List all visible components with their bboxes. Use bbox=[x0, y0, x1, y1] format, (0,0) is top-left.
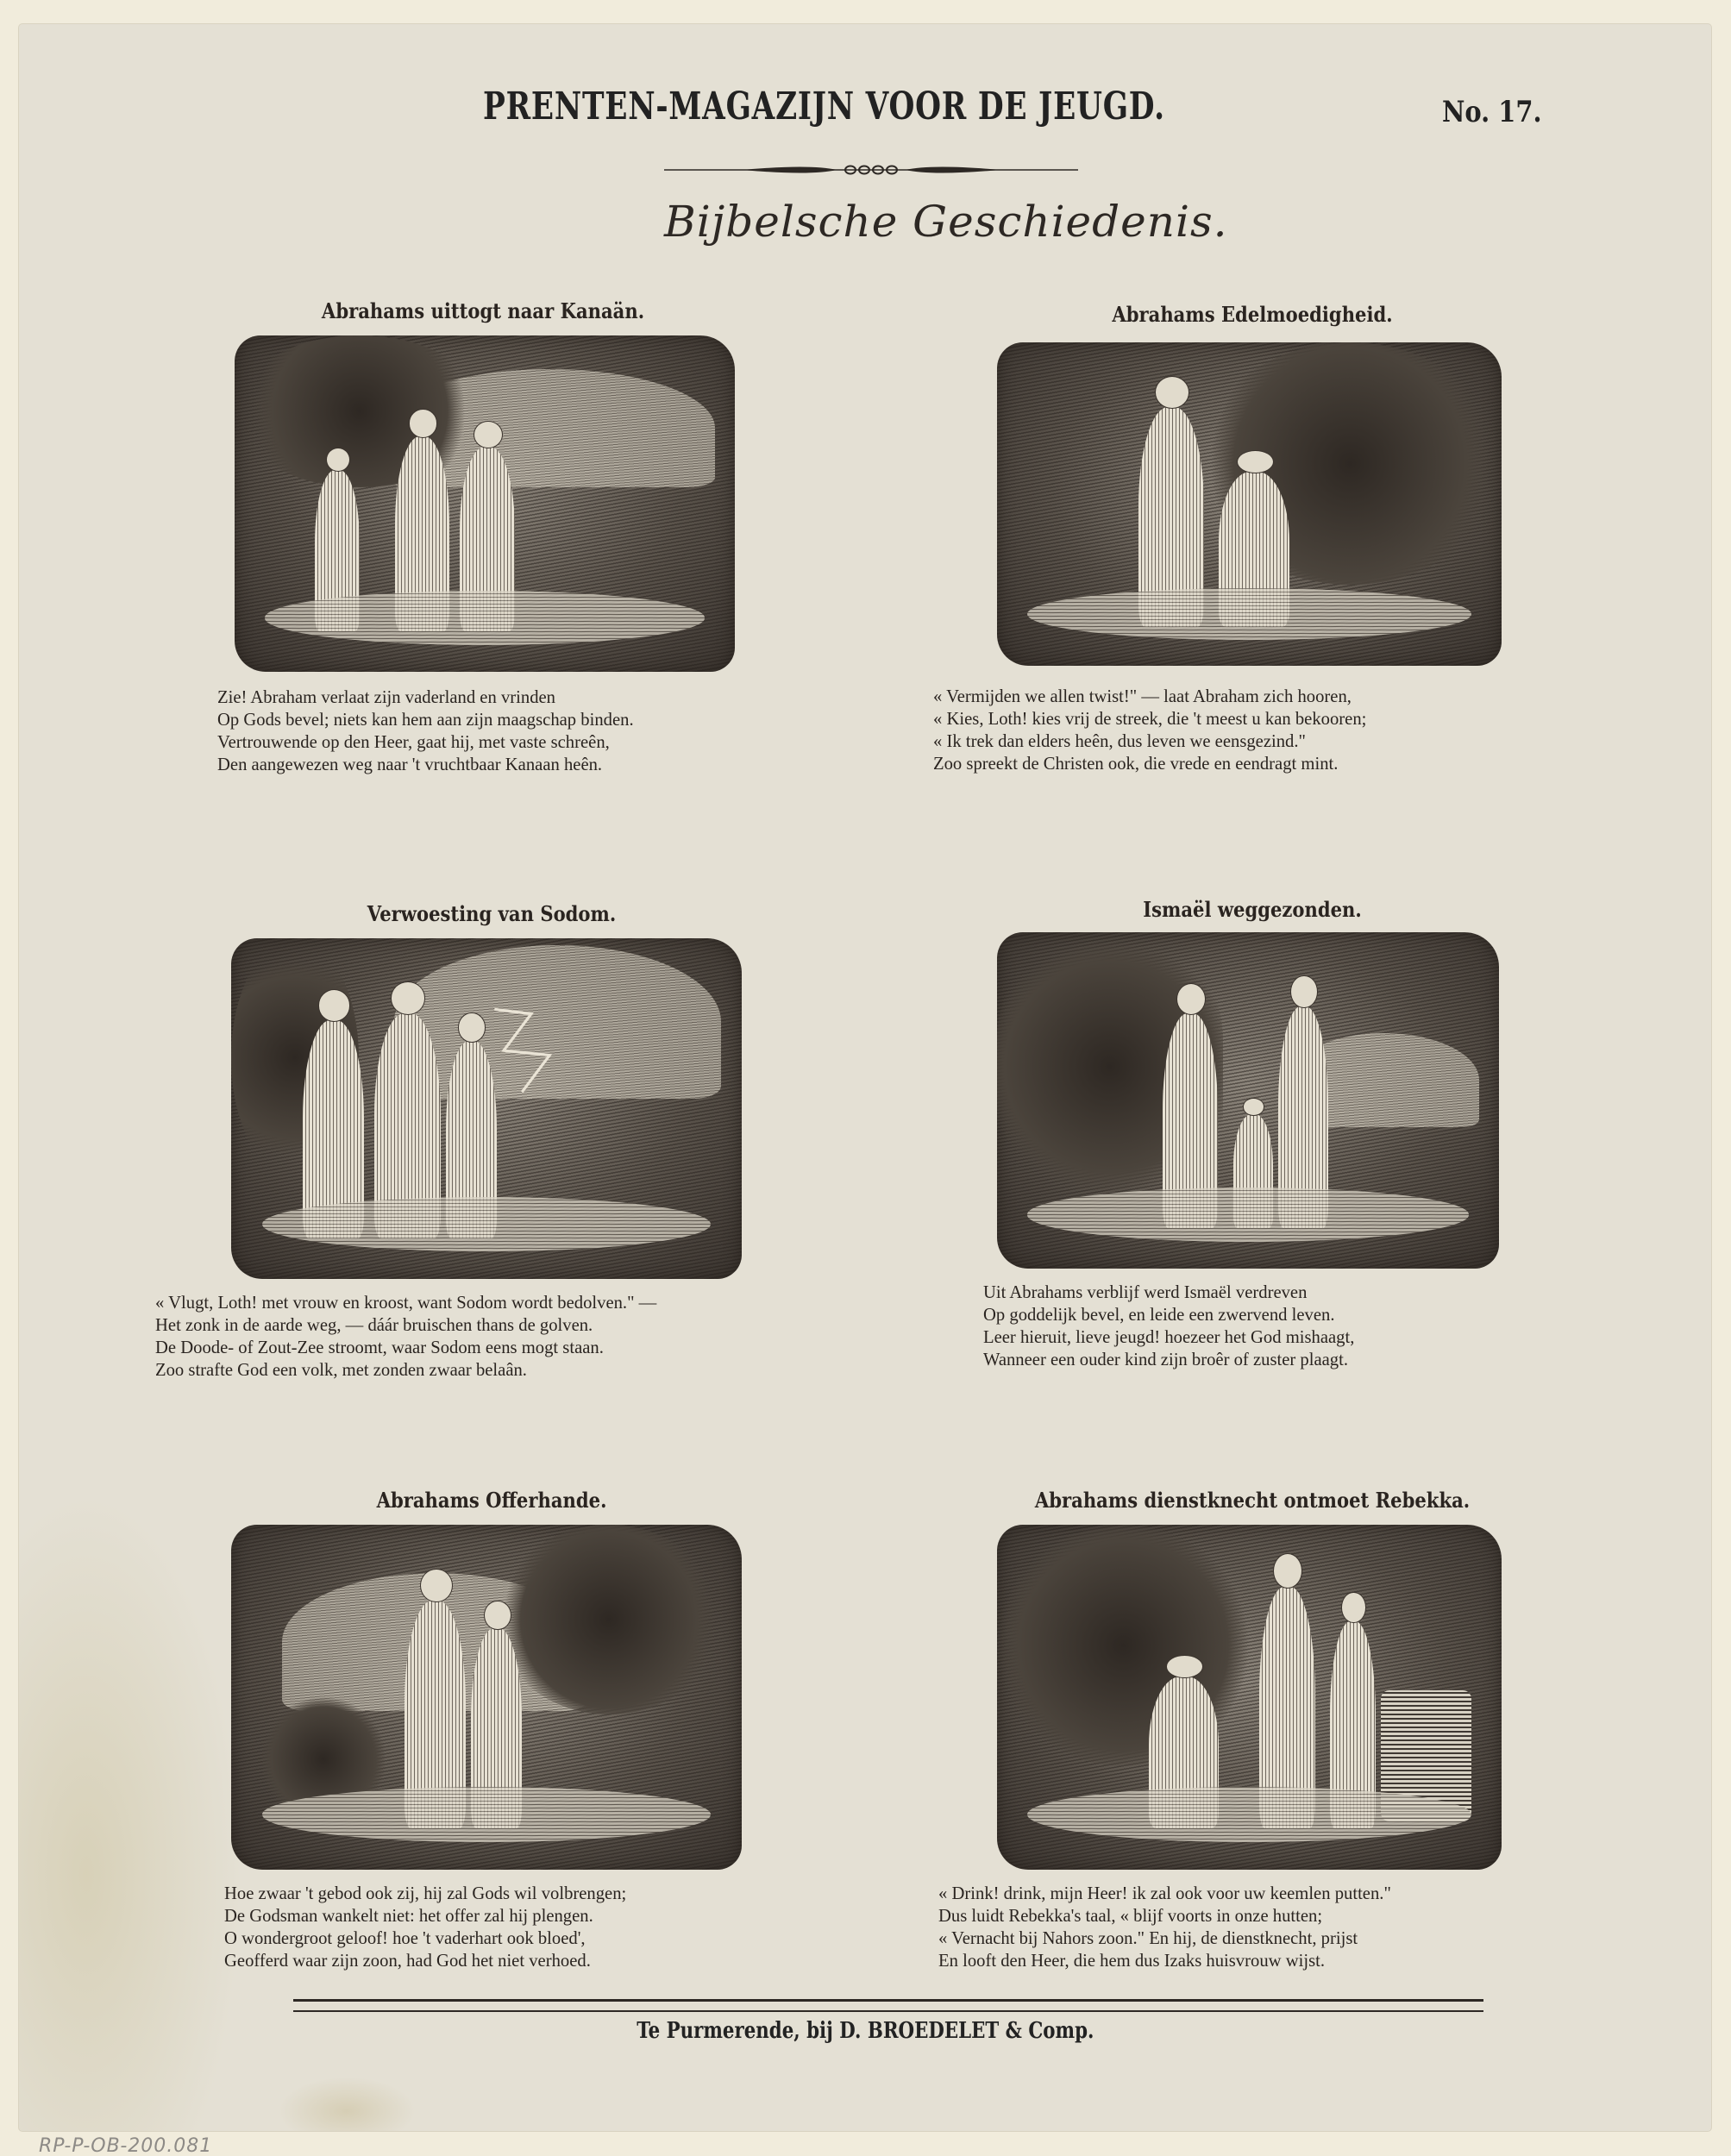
verse-stanza: « Vermijden we allen twist!" — laat Abra… bbox=[933, 685, 1563, 774]
panel-ishmael-sent-away: Ismaël weggezonden. Uit Abrahams verblij… bbox=[942, 897, 1563, 1370]
panel-abraham-sacrifice: Abrahams Offerhande. Hoe zwaar 't gebod … bbox=[181, 1488, 802, 1971]
ornamental-rule-icon bbox=[664, 164, 1078, 176]
panel-destruction-of-sodom: Verwoesting van Sodom. « Vlugt, Loth! me… bbox=[181, 901, 802, 1381]
panel-title: Abrahams Offerhande. bbox=[218, 1488, 765, 1513]
woodcut-illustration bbox=[231, 938, 742, 1279]
water-stain-small bbox=[278, 2077, 416, 2131]
verse-stanza: « Drink! drink, mijn Heer! ik zal ook vo… bbox=[938, 1882, 1563, 1971]
section-subtitle: Bijbelsche Geschiedenis. bbox=[664, 197, 1113, 247]
verse-stanza: Uit Abrahams verblijf werd Ismaël verdre… bbox=[983, 1281, 1563, 1370]
panel-servant-meets-rebekah: Abrahams dienstknecht ontmoet Rebekka. «… bbox=[942, 1488, 1563, 1971]
verse-stanza: Zie! Abraham verlaat zijn vaderland en v… bbox=[217, 686, 793, 775]
publisher-imprint: Te Purmerende, bij D. BROEDELET & Comp. bbox=[0, 2018, 1731, 2044]
verse-stanza: Hoe zwaar 't gebod ook zij, hij zal Gods… bbox=[224, 1882, 802, 1971]
panel-abraham-departure: Abrahams uittogt naar Kanaän. Zie! Abrah… bbox=[172, 298, 793, 775]
woodcut-illustration bbox=[997, 932, 1499, 1269]
woodcut-illustration bbox=[235, 335, 735, 672]
woodcut-illustration bbox=[997, 1525, 1502, 1870]
masthead-title: PRENTEN-MAGAZIJN VOOR DE JEUGD. bbox=[483, 85, 1088, 128]
issue-number: No. 17. bbox=[1442, 95, 1542, 129]
panel-title: Ismaël weggezonden. bbox=[979, 897, 1526, 922]
footer-double-rule bbox=[293, 1999, 1483, 2012]
panel-title: Abrahams Edelmoedigheid. bbox=[979, 302, 1526, 327]
catalogue-number: RP-P-OB-200.081 bbox=[39, 2135, 212, 2156]
panel-title: Verwoesting van Sodom. bbox=[218, 901, 765, 926]
panel-title: Abrahams uittogt naar Kanaän. bbox=[210, 298, 756, 323]
panel-abraham-generosity: Abrahams Edelmoedigheid. « Vermijden we … bbox=[942, 302, 1563, 774]
woodcut-illustration bbox=[997, 342, 1502, 666]
panel-title: Abrahams dienstknecht ontmoet Rebekka. bbox=[979, 1488, 1526, 1513]
woodcut-illustration bbox=[231, 1525, 742, 1870]
verse-stanza: « Vlugt, Loth! met vrouw en kroost, want… bbox=[155, 1291, 802, 1381]
